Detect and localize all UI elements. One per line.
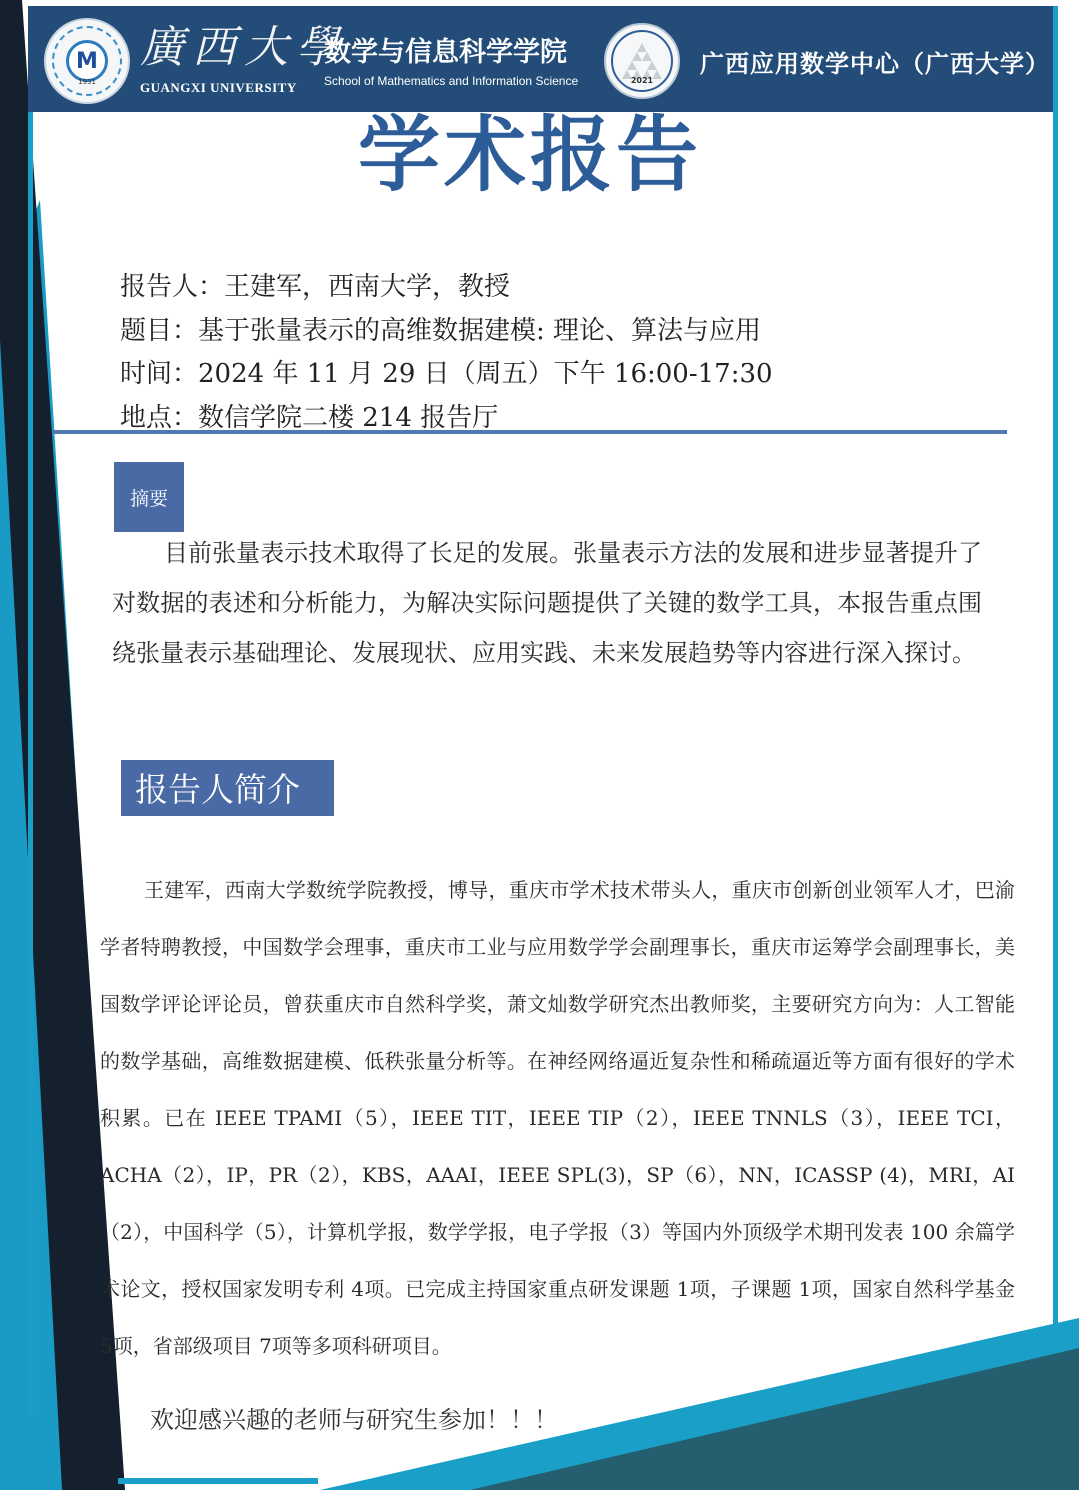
abstract-heading: 摘要 <box>114 462 184 532</box>
section-divider <box>52 430 1007 434</box>
welcome-message: 欢迎感兴趣的老师与研究生参加！！！ <box>150 1400 558 1435</box>
speaker-line: 报告人：王建军，西南大学，教授 <box>120 266 773 310</box>
event-info: 报告人：王建军，西南大学，教授 题目：基于张量表示的高维数据建模: 理论、算法与… <box>120 266 773 440</box>
speaker-bio-heading: 报告人简介 <box>121 760 334 816</box>
speaker-bio-text: 王建军，西南大学数统学院教授，博导，重庆市学术技术带头人，重庆市创新创业领军人才… <box>100 862 1015 1375</box>
page-title: 学术报告 <box>0 106 1060 206</box>
topic-line: 题目：基于张量表示的高维数据建模: 理论、算法与应用 <box>120 310 773 354</box>
abstract-text: 目前张量表示技术取得了长足的发展。张量表示方法的发展和进步显著提升了对数据的表述… <box>112 528 982 678</box>
time-line: 时间：2024 年 11 月 29 日（周五）下午 16:00-17:30 <box>120 353 773 397</box>
